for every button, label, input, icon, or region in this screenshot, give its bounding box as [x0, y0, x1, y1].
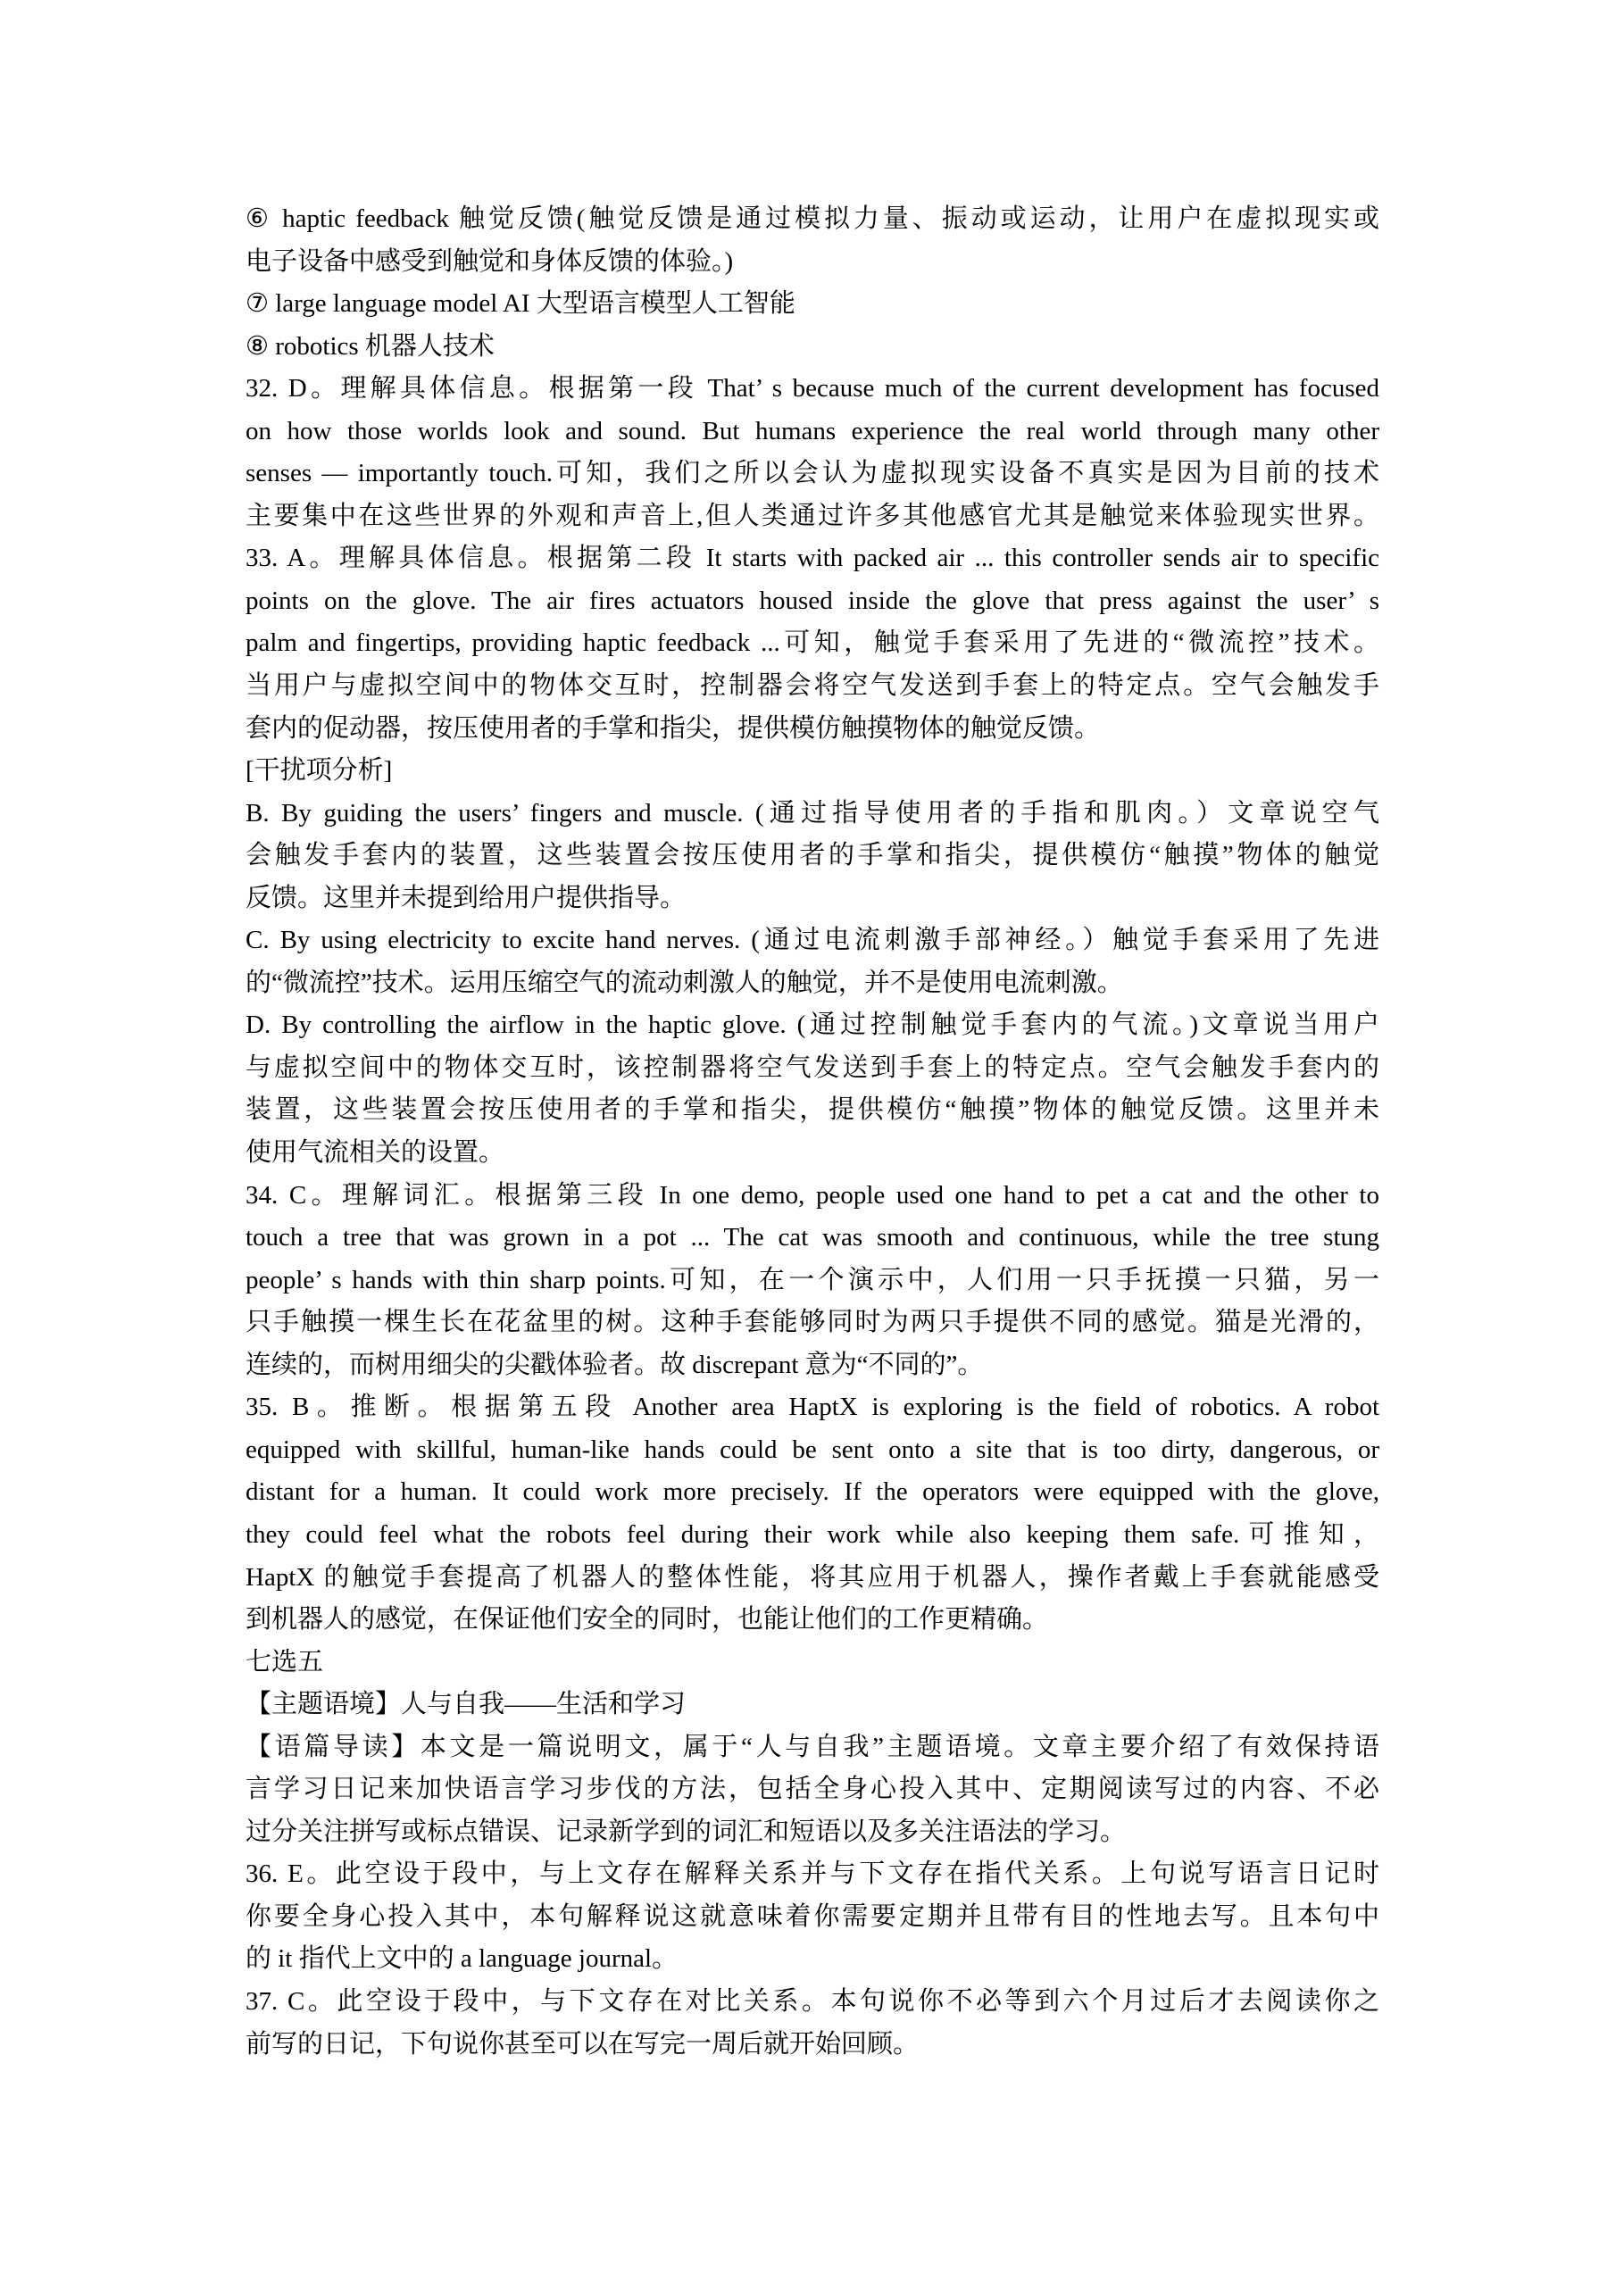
text-line: 主要集中在这些世界的外观和声音上,但人类通过许多其他感官尤其是触觉来体验现实世界…: [246, 495, 1379, 538]
text-line: 前写的日记，下句说你甚至可以在写完一周后就开始回顾。: [246, 2024, 1379, 2067]
text-line: senses — importantly touch.可知，我们之所以会认为虚拟…: [246, 453, 1379, 495]
text-line: 37. C。此空设于段中，与下文存在对比关系。本句说你不必等到六个月过后才去阅读…: [246, 1981, 1379, 2024]
text-line: D. By controlling the airflow in the hap…: [246, 1004, 1379, 1047]
text-line: 35. B。推断。根据第五段 Another area HaptX is exp…: [246, 1386, 1379, 1429]
text-line: ⑦ large language model AI 大型语言模型人工智能: [246, 283, 1379, 326]
text-line: 32. D。理解具体信息。根据第一段 That’ s because much …: [246, 368, 1379, 411]
text-line: B. By guiding the users’ fingers and mus…: [246, 793, 1379, 836]
text-line: [干扰项分析]: [246, 750, 1379, 793]
text-line: 会触发手套内的装置，这些装置会按压使用者的手掌和指尖，提供模仿“触摸”物体的触觉: [246, 835, 1379, 878]
text-line: 连续的，而树用细尖的尖戳体验者。故 discrepant 意为“不同的”。: [246, 1344, 1379, 1387]
text-line: 只手触摸一棵生长在花盆里的树。这种手套能够同时为两只手提供不同的感觉。猫是光滑的…: [246, 1302, 1379, 1344]
text-line: 言学习日记来加快语言学习步伐的方法，包括全身心投入其中、定期阅读写过的内容、不必: [246, 1768, 1379, 1811]
text-line: 电子设备中感受到触觉和身体反馈的体验。): [246, 241, 1379, 284]
text-line: people’ s hands with thin sharp points.可…: [246, 1260, 1379, 1302]
text-line: 使用气流相关的设置。: [246, 1132, 1379, 1175]
text-line: HaptX 的触觉手套提高了机器人的整体性能，将其应用于机器人，操作者戴上手套就…: [246, 1557, 1379, 1600]
text-line: 过分关注拼写或标点错误、记录新学到的词汇和短语以及多关注语法的学习。: [246, 1811, 1379, 1854]
text-line: palm and fingertips, providing haptic fe…: [246, 622, 1379, 665]
text-line: touch a tree that was grown in a pot ...…: [246, 1217, 1379, 1260]
text-line: ⑥ haptic feedback 触觉反馈(触觉反馈是通过模拟力量、振动或运动…: [246, 198, 1379, 241]
text-line: 套内的促动器，按压使用者的手掌和指尖，提供模仿触摸物体的触觉反馈。: [246, 708, 1379, 751]
text-line: on how those worlds look and sound. But …: [246, 411, 1379, 453]
text-line: ⑧ robotics 机器人技术: [246, 326, 1379, 369]
text-line: C. By using electricity to excite hand n…: [246, 919, 1379, 962]
text-line: equipped with skillful, human-like hands…: [246, 1429, 1379, 1472]
document-page: ⑥ haptic feedback 触觉反馈(触觉反馈是通过模拟力量、振动或运动…: [0, 0, 1624, 2296]
text-line: 的“微流控”技术。运用压缩空气的流动刺激人的触觉，并不是使用电流刺激。: [246, 962, 1379, 1005]
text-line: 你要全身心投入其中，本句解释说这就意味着你需要定期并且带有目的性地去写。且本句中: [246, 1896, 1379, 1939]
text-line: 七选五: [246, 1642, 1379, 1685]
text-line: 34. C。理解词汇。根据第三段 In one demo, people use…: [246, 1175, 1379, 1218]
text-line: 到机器人的感觉，在保证他们安全的同时，也能让他们的工作更精确。: [246, 1599, 1379, 1642]
text-line: 装置，这些装置会按压使用者的手掌和指尖，提供模仿“触摸”物体的触觉反馈。这里并未: [246, 1089, 1379, 1132]
text-line: 与虚拟空间中的物体交互时，该控制器将空气发送到手套上的特定点。空气会触发手套内的: [246, 1047, 1379, 1090]
text-line: 的 it 指代上文中的 a language journal。: [246, 1938, 1379, 1981]
text-line: points on the glove. The air fires actua…: [246, 580, 1379, 623]
text-line: 【主题语境】人与自我——生活和学习: [246, 1684, 1379, 1726]
text-line: they could feel what the robots feel dur…: [246, 1514, 1379, 1557]
text-line: 反馈。这里并未提到给用户提供指导。: [246, 878, 1379, 920]
text-line: 33. A。理解具体信息。根据第二段 It starts with packed…: [246, 537, 1379, 580]
text-line: 当用户与虚拟空间中的物体交互时，控制器会将空气发送到手套上的特定点。空气会触发手: [246, 665, 1379, 708]
document-content: ⑥ haptic feedback 触觉反馈(触觉反馈是通过模拟力量、振动或运动…: [246, 198, 1379, 2066]
text-line: distant for a human. It could work more …: [246, 1471, 1379, 1514]
text-line: 36. E。此空设于段中，与上文存在解释关系并与下文存在指代关系。上句说写语言日…: [246, 1853, 1379, 1896]
text-line: 【语篇导读】本文是一篇说明文，属于“人与自我”主题语境。文章主要介绍了有效保持语: [246, 1726, 1379, 1769]
